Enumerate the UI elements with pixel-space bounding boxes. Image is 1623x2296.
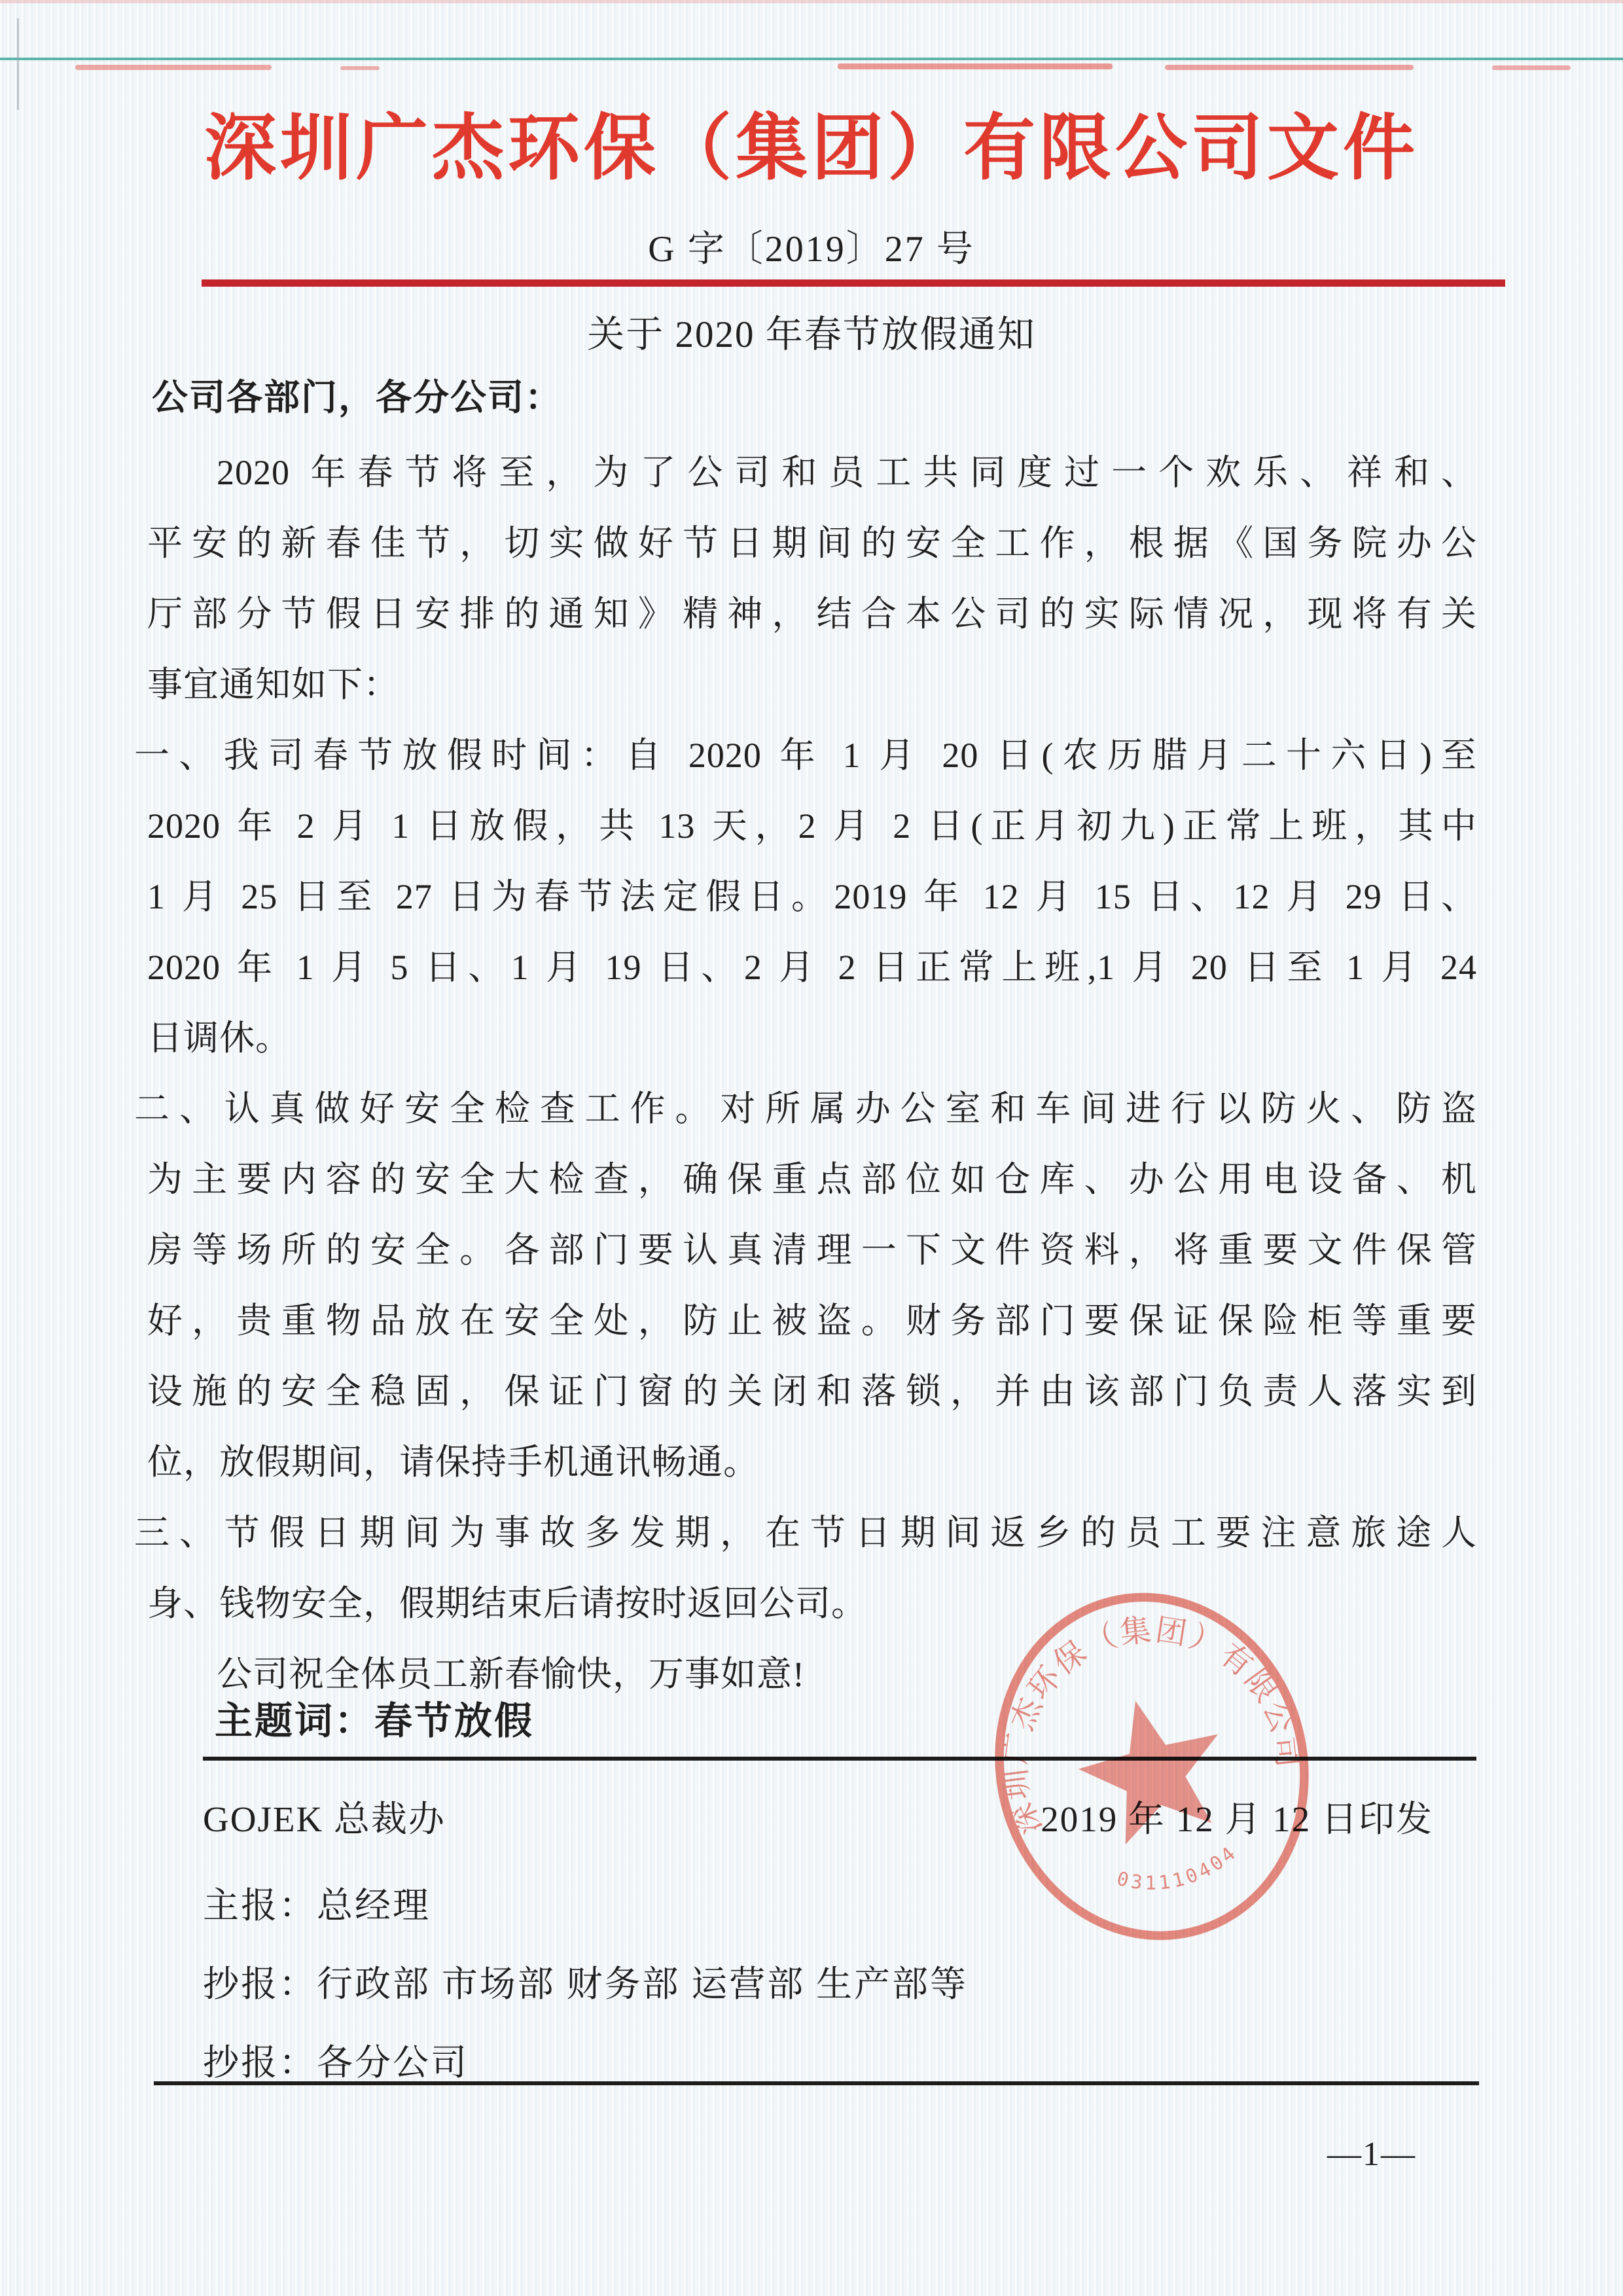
body-line: 设施的安全稳固，保证门窗的关闭和落锁，并由该部门负责人落实到 bbox=[147, 1356, 1477, 1427]
page-number: —1— bbox=[1327, 2135, 1416, 2174]
keywords-value: 春节放假 bbox=[374, 1700, 534, 1742]
scan-artifact-red-dash bbox=[838, 63, 1113, 69]
scan-artifact-red-dash bbox=[75, 65, 272, 70]
body-line: 位，放假期间，请保持手机通讯畅通。 bbox=[147, 1427, 1477, 1498]
footer-bottom-rule bbox=[154, 2081, 1479, 2085]
distribution-line: 抄报：行政部 市场部 财务部 运营部 生产部等 bbox=[203, 1945, 968, 2024]
body-line: 事宜通知如下： bbox=[147, 649, 1477, 720]
body-line: 平安的新春佳节，切实做好节日期间的安全工作，根据《国务院办公 bbox=[147, 508, 1477, 579]
notice-subject-title: 关于 2020 年春节放假通知 bbox=[0, 304, 1623, 358]
scan-artifact-top-tint bbox=[0, 0, 1623, 3]
scan-header-teal-line bbox=[0, 58, 1623, 60]
scan-artifact-red-dash bbox=[1492, 65, 1571, 70]
body-line: 二、认真做好安全检查工作。对所属办公室和车间进行以防火、防盗 bbox=[134, 1073, 1477, 1144]
document-number: G 字〔2019〕27 号 bbox=[0, 220, 1623, 272]
document-page: 深圳广杰环保（集团）有限公司文件 G 字〔2019〕27 号 关于 2020 年… bbox=[0, 0, 1623, 2296]
body-line: 厅部分节假日安排的通知》精神，结合本公司的实际情况，现将有关 bbox=[147, 579, 1477, 649]
seal-star-icon bbox=[1065, 1683, 1238, 1851]
scan-artifact-red-dash bbox=[340, 66, 380, 70]
issuer-office: GOJEK 总裁办 bbox=[203, 1790, 446, 1842]
notice-body: 2020 年春节将至，为了公司和员工共同度过一个欢乐、祥和、平安的新春佳节，切实… bbox=[147, 437, 1477, 1710]
body-line: 日调休。 bbox=[147, 1003, 1477, 1073]
company-seal-stamp: 深圳广杰环保（集团）有限公司 4403111040425 bbox=[983, 1579, 1321, 1957]
salutation-line: 公司各部门，各分公司： bbox=[152, 368, 562, 420]
keywords-line: 主题词：春节放假 bbox=[215, 1690, 534, 1745]
body-line: 房等场所的安全。各部门要认真清理一下文件资料，将重要文件保管 bbox=[147, 1215, 1477, 1285]
red-divider-rule bbox=[202, 279, 1505, 287]
body-line: 三、节假日期间为事故多发期，在节日期间返乡的员工要注意旅途人 bbox=[134, 1498, 1477, 1568]
distribution-line: 主报：总经理 bbox=[203, 1867, 968, 1945]
body-line: 2020 年 1 月 5 日、1 月 19 日、2 月 2 日正常上班,1 月 … bbox=[147, 932, 1477, 1003]
distribution-line: 抄报：各分公司 bbox=[203, 2024, 968, 2102]
body-line: 2020 年春节将至，为了公司和员工共同度过一个欢乐、祥和、 bbox=[147, 437, 1477, 508]
scan-artifact-red-dash bbox=[1165, 65, 1414, 70]
body-line: 1 月 25 日至 27 日为春节法定假日。2019 年 12 月 15 日、1… bbox=[147, 861, 1477, 932]
body-line: 好，贵重物品放在安全处，防止被盗。财务部门要保证保险柜等重要 bbox=[147, 1285, 1477, 1356]
body-line: 为主要内容的安全大检查，确保重点部位如仓库、办公用电设备、机 bbox=[147, 1144, 1477, 1215]
body-line: 一、我司春节放假时间：自 2020 年 1 月 20 日(农历腊月二十六日)至 bbox=[134, 720, 1477, 791]
body-line: 2020 年 2 月 1 日放假，共 13 天，2 月 2 日(正月初九)正常上… bbox=[147, 791, 1477, 861]
company-title: 深圳广杰环保（集团）有限公司文件 bbox=[0, 90, 1623, 194]
distribution-block: 主报：总经理抄报：行政部 市场部 财务部 运营部 生产部等抄报：各分公司 bbox=[203, 1867, 968, 2102]
keywords-label: 主题词： bbox=[215, 1700, 374, 1742]
